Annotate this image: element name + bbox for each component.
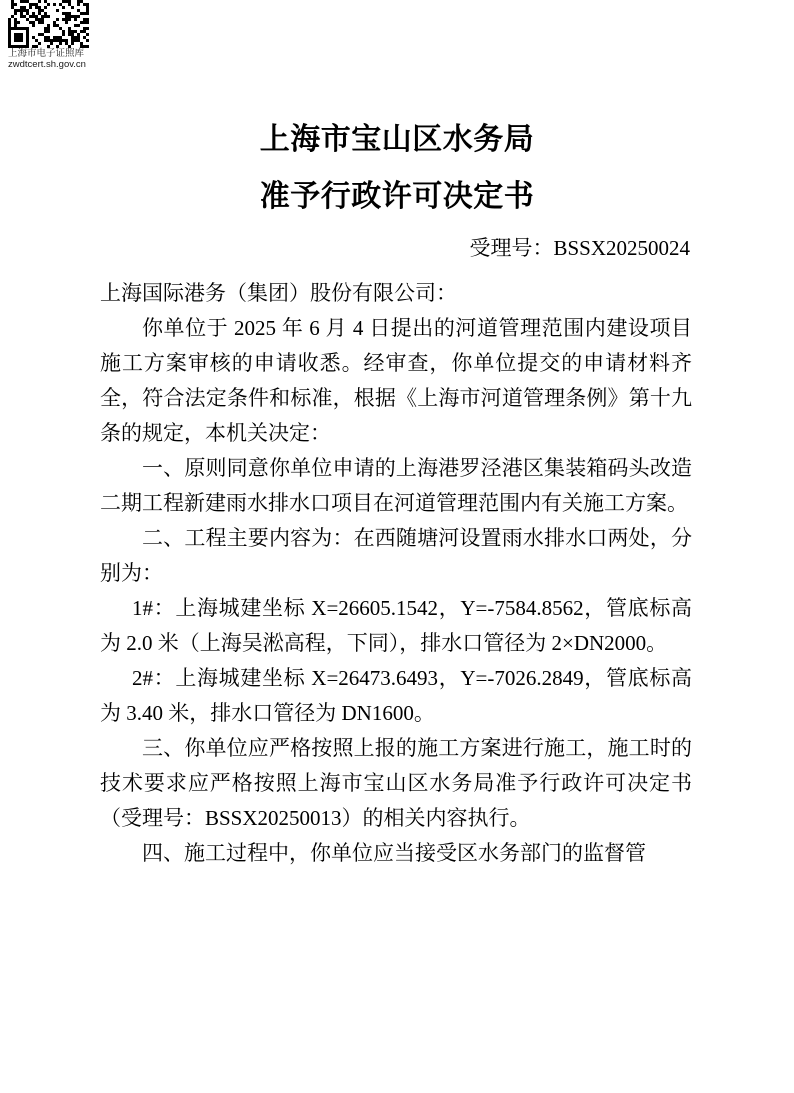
body-paragraph-item-2: 二、工程主要内容为：在西随塘河设置雨水排水口两处，分别为： xyxy=(100,521,692,591)
document-title-line1: 上海市宝山区水务局 xyxy=(0,123,794,157)
body-paragraph-item-1: 一、原则同意你单位申请的上海港罗泾港区集装箱码头改造二期工程新建雨水排水口项目在… xyxy=(100,451,692,521)
document-body: 上海国际港务（集团）股份有限公司： 你单位于 2025 年 6 月 4 日提出的… xyxy=(100,276,692,871)
body-paragraph-outlet-2: 2#：上海城建坐标 X=26473.6493，Y=-7026.2849，管底标高… xyxy=(100,661,692,731)
acceptance-number-value: BSSX20250024 xyxy=(553,236,690,260)
qr-caption-text: 上海市电子证照库 xyxy=(8,48,98,59)
body-paragraph-item-3: 三、你单位应严格按照上报的施工方案进行施工，施工时的技术要求应严格按照上海市宝山… xyxy=(100,731,692,836)
qr-block: 上海市电子证照库 zwdtcert.sh.gov.cn xyxy=(8,0,98,70)
qr-code-image xyxy=(8,0,89,48)
document-page: 上海市电子证照库 zwdtcert.sh.gov.cn 上海市宝山区水务局 准予… xyxy=(0,0,794,1093)
body-paragraph-salutation: 上海国际港务（集团）股份有限公司： xyxy=(100,276,692,311)
body-paragraph-item-4: 四、施工过程中，你单位应当接受区水务部门的监督管 xyxy=(100,836,692,871)
qr-caption-url: zwdtcert.sh.gov.cn xyxy=(8,59,98,70)
document-title-line2: 准予行政许可决定书 xyxy=(0,180,794,214)
acceptance-number-label: 受理号： xyxy=(469,236,553,260)
body-paragraph-intro: 你单位于 2025 年 6 月 4 日提出的河道管理范围内建设项目施工方案审核的… xyxy=(100,311,692,451)
acceptance-number-line: 受理号：BSSX20250024 xyxy=(469,234,690,262)
body-paragraph-outlet-1: 1#：上海城建坐标 X=26605.1542，Y=-7584.8562，管底标高… xyxy=(100,591,692,661)
